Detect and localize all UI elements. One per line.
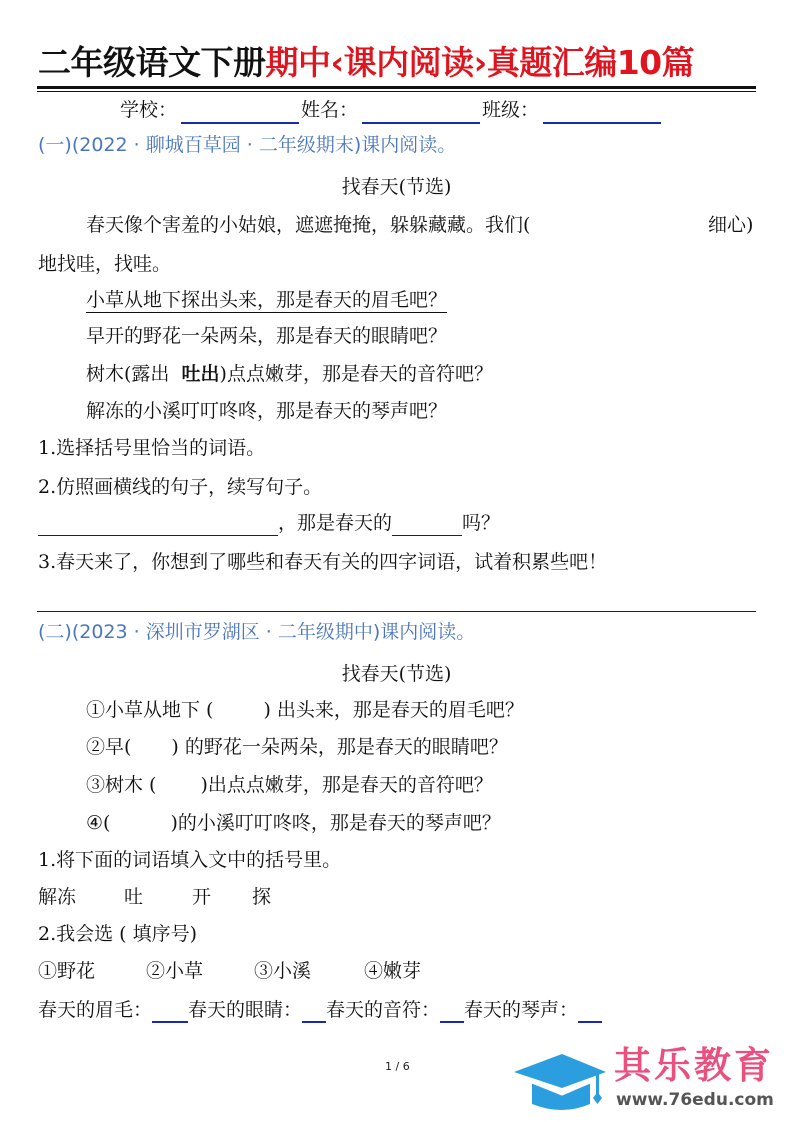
fill-end-text: 吗？ (462, 512, 500, 534)
name-label: 姓名： (301, 96, 358, 124)
name-field[interactable] (362, 102, 480, 124)
answer-blank-sentence[interactable] (38, 515, 278, 536)
option-item: ①野花 (38, 958, 146, 984)
s2-part-a: ②早( (86, 736, 131, 758)
title-rule-thin (37, 91, 756, 92)
word-bank-item: 解冻 (38, 884, 124, 910)
section2-passage-title: 找春天(节选) (0, 661, 793, 687)
section1-passage-title: 找春天(节选) (0, 174, 793, 200)
match-blank[interactable] (152, 1001, 188, 1023)
section1-para1-line1b: 细心) (708, 212, 753, 238)
s3-part-b: )出点点嫩芽，那是春天的音符吧？ (200, 774, 492, 796)
s3-part-a: ③树木 ( (86, 774, 156, 796)
section2-sentence4: ④()的小溪叮叮咚咚，那是春天的琴声吧？ (86, 810, 501, 836)
word-bank: 解冻 吐 开 探 (38, 884, 271, 910)
underlined-text: 小草从地下探出头来，那是春天的眉毛吧？ (86, 289, 447, 313)
school-field[interactable] (181, 102, 299, 124)
option-item: ③小溪 (254, 958, 364, 984)
class-label: 班级： (482, 96, 539, 124)
match-blank[interactable] (440, 1001, 464, 1023)
section1-question3: 3.春天来了，你想到了哪些和春天有关的四字词语，试着积累些吧！ (38, 549, 607, 575)
word-bank-item: 吐 (124, 884, 192, 910)
section2-sentence3: ③树木 ()出点点嫩芽，那是春天的音符吧？ (86, 772, 493, 798)
options-row: ①野花 ②小草 ③小溪 ④嫩芽 (38, 958, 421, 984)
section1-para1-line1a: 春天像个害羞的小姑娘，遮遮掩掩，躲躲藏藏。我们( (86, 212, 530, 238)
logo-url: www.76edu.com (616, 1090, 774, 1110)
word-bank-item: 开 (192, 884, 252, 910)
title-black-part: 二年级语文下册 (38, 43, 266, 82)
section1-line4: 解冻的小溪叮叮咚咚，那是春天的琴声吧？ (86, 398, 447, 424)
section1-line2: 早开的野花一朵两朵，那是春天的眼睛吧？ (86, 323, 447, 349)
section1-answer-line[interactable] (37, 611, 756, 612)
match-label-notes: 春天的音符： (326, 999, 440, 1021)
section1-question2: 2.仿照画横线的句子，续写句子。 (38, 474, 322, 500)
school-label: 学校： (120, 96, 177, 124)
match-row: 春天的眉毛：春天的眼睛：春天的音符：春天的琴声： (38, 997, 602, 1023)
section2-sentence2: ②早() 的野花一朵两朵，那是春天的眼睛吧？ (86, 734, 508, 760)
answer-blank-word[interactable] (392, 515, 462, 536)
page-indicator: 1 / 6 (385, 1060, 410, 1073)
s4-part-a: ④( (86, 812, 110, 834)
section2-sentence1: ①小草从地下 () 出头来，那是春天的眉毛吧？ (86, 697, 524, 723)
section2-question2: 2.我会选 ( 填序号) (38, 921, 197, 947)
section1-line3: 树木(露出 吐出)点点嫩芽，那是春天的音符吧？ (86, 361, 493, 387)
section1-question1: 1.选择括号里恰当的词语。 (38, 435, 265, 461)
option-item: ④嫩芽 (364, 958, 421, 984)
section2-question1: 1.将下面的词语填入文中的括号里。 (38, 847, 341, 873)
match-blank[interactable] (302, 1001, 326, 1023)
document-title: 二年级语文下册期中‹课内阅读›真题汇编10篇 (38, 40, 758, 86)
section1-source: (一)(2022 · 聊城百草园 · 二年级期末)课内阅读。 (38, 132, 456, 158)
s1-part-a: ①小草从地下 ( (86, 699, 213, 721)
class-field[interactable] (543, 102, 661, 124)
line3-part-b: )点点嫩芽，那是春天的音符吧？ (220, 363, 493, 385)
match-label-eyebrow: 春天的眉毛： (38, 999, 152, 1021)
word-bank-item: 探 (252, 884, 271, 910)
section1-question2-fill: ，那是春天的吗？ (38, 510, 500, 536)
logo-brand-text: 其乐教育 (614, 1044, 774, 1088)
section1-para1-line2: 地找哇，找哇。 (38, 251, 171, 277)
option-item: ②小草 (146, 958, 254, 984)
s1-part-b: ) 出头来，那是春天的眉毛吧？ (263, 699, 523, 721)
match-blank[interactable] (578, 1001, 602, 1023)
brand-logo: 其乐教育 www.76edu.com (510, 1042, 790, 1116)
match-label-music: 春天的琴声： (464, 999, 578, 1021)
section1-underlined-sentence: 小草从地下探出头来，那是春天的眉毛吧？ (86, 287, 447, 313)
fill-mid-text: ，那是春天的 (278, 512, 392, 534)
s4-part-b: )的小溪叮叮咚咚，那是春天的琴声吧？ (170, 812, 500, 834)
line3-part-a: 树木(露出 (86, 363, 169, 385)
line3-bold-word: 吐出 (182, 363, 220, 385)
title-red-part: 期中‹课内阅读›真题汇编10篇 (266, 43, 695, 82)
graduation-cap-icon (510, 1042, 610, 1116)
title-rule-thick (37, 86, 756, 89)
s2-part-b: ) 的野花一朵两朵，那是春天的眼睛吧？ (171, 736, 507, 758)
student-info-row: 学校： 姓名： 班级： (120, 96, 663, 124)
section2-source: (二)(2023 · 深圳市罗湖区 · 二年级期中)课内阅读。 (38, 619, 475, 645)
match-label-eyes: 春天的眼睛： (188, 999, 302, 1021)
